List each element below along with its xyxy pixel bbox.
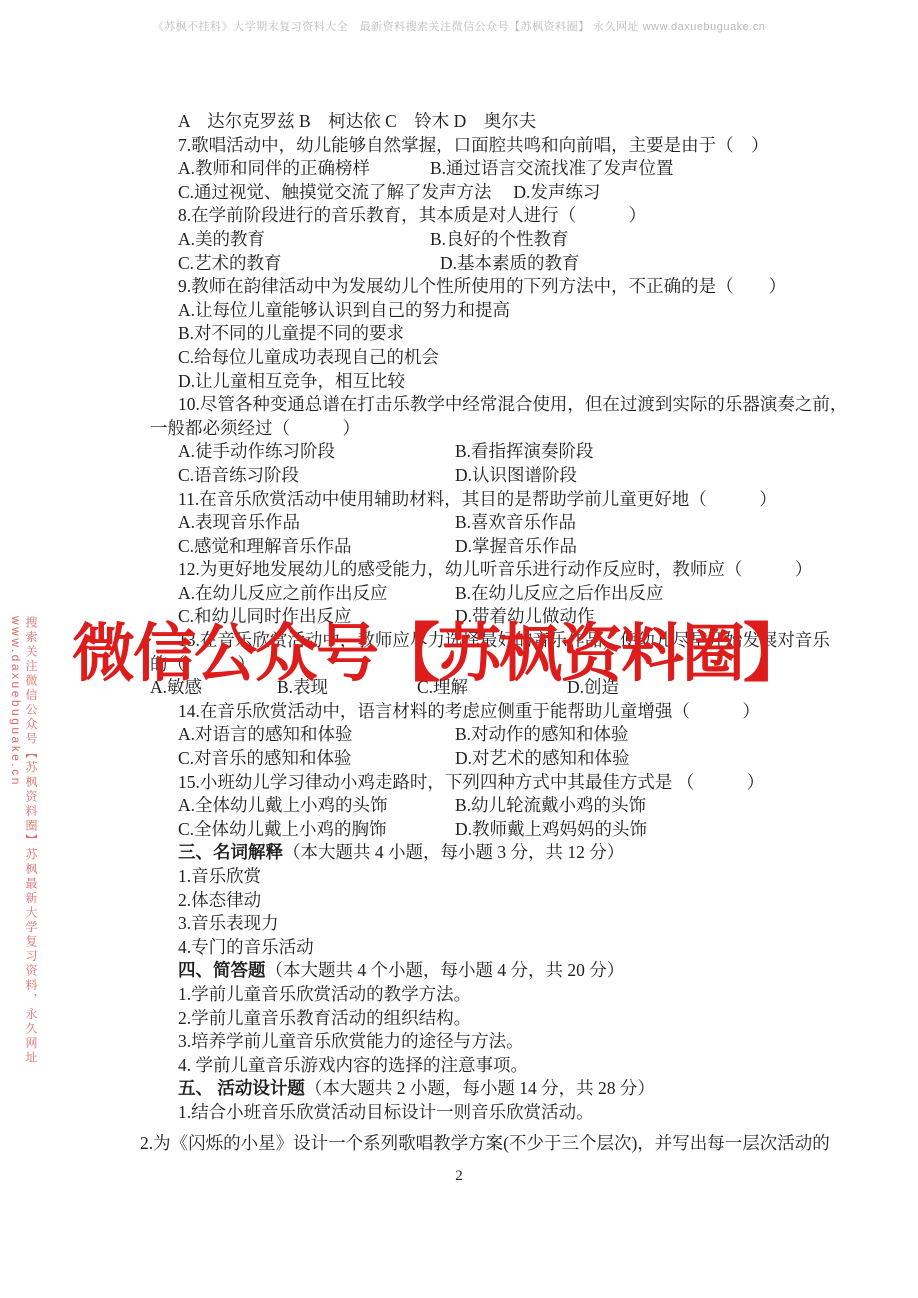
- option-item: A.敏感: [150, 676, 277, 700]
- option-right: D.基本素质的教育: [440, 252, 580, 276]
- exam-text-line: 2.体态律动: [150, 889, 818, 913]
- option-pair-line: A.全体幼儿戴上小鸡的头饰B.幼儿轮流戴小鸡的头饰: [150, 794, 818, 818]
- exam-text-line: 1.音乐欣赏: [150, 865, 818, 889]
- option-pair-line: A.表现音乐作品B.喜欢音乐作品: [150, 511, 818, 535]
- option-pair-line: C.全体幼儿戴上小鸡的胸饰D.教师戴上鸡妈妈的头饰: [150, 818, 818, 842]
- section-heading-line: 五、 活动设计题（本大题共 2 小题，每小题 14 分，共 28 分）: [150, 1077, 818, 1101]
- option-left: C.和幼儿同时作出反应: [178, 605, 455, 629]
- option-pair-line: A.徒手动作练习阶段B.看指挥演奏阶段: [150, 440, 818, 464]
- exam-text-line: 14.在音乐欣赏活动中，语言材料的考虑应侧重于能帮助儿童增强（ ）: [150, 700, 818, 724]
- exam-text-line: 4.专门的音乐活动: [150, 936, 818, 960]
- option-left: C.感觉和理解音乐作品: [178, 535, 455, 559]
- page-number: 2: [0, 1168, 918, 1185]
- section-meta: （本大题共 2 小题，每小题 14 分，共 28 分）: [305, 1078, 655, 1098]
- option-pair-line: C.感觉和理解音乐作品D.掌握音乐作品: [150, 535, 818, 559]
- exam-text-line: 11.在音乐欣赏活动中使用辅助材料，其目的是帮助学前儿童更好地（ ）: [150, 488, 818, 512]
- exam-text-line: 2.学前儿童音乐教育活动的组织结构。: [150, 1007, 818, 1031]
- exam-text-line: 一般都必须经过（ ）: [150, 417, 818, 441]
- exam-text-line: B.对不同的儿童提不同的要求: [150, 322, 818, 346]
- option-left: A.对语言的感知和体验: [178, 723, 455, 747]
- option-left: A.徒手动作练习阶段: [178, 440, 455, 464]
- section-meta: （本大题共 4 个小题，每小题 4 分，共 20 分）: [266, 960, 625, 980]
- option-right: D.教师戴上鸡妈妈的头饰: [455, 818, 647, 842]
- section-title: 五、 活动设计题: [178, 1078, 305, 1098]
- option-right: B.在幼儿反应之后作出反应: [455, 582, 664, 606]
- option-pair-line: A.美的教育B.良好的个性教育: [150, 228, 818, 252]
- option-item: C.理解: [417, 676, 567, 700]
- exam-text-line: 8.在学前阶段进行的音乐教育，其本质是对人进行（ ）: [150, 204, 818, 228]
- exam-text-line: C.通过视觉、触摸觉交流了解了发声方法 D.发声练习: [150, 181, 818, 205]
- exam-text-line: 7.歌唱活动中，幼儿能够自然掌握，口面腔共鸣和向前唱，主要是由于（ ）: [150, 134, 818, 158]
- option-row-line: A.敏感B.表现C.理解D.创造: [150, 676, 818, 700]
- option-left: A.美的教育: [178, 228, 430, 252]
- option-right: B.对动作的感知和体验: [455, 723, 629, 747]
- section-heading-line: 三、名词解释（本大题共 4 小题，每小题 3 分，共 12 分）: [150, 841, 818, 865]
- document-page: 《苏枫不挂科》大学期末复习资料大全 最新资料搜索关注微信公众号【苏枫资料圈】 永…: [0, 0, 918, 1298]
- option-right: B.喜欢音乐作品: [455, 511, 576, 535]
- exam-text-line: 10.尽管各种变通总谱在打击乐教学中经常混合使用，但在过渡到实际的乐器演奏之前，: [150, 393, 818, 417]
- option-left: A.教师和同伴的正确榜样: [178, 157, 430, 181]
- option-item: B.表现: [277, 676, 417, 700]
- exam-text-line: 9.教师在韵律活动中为发展幼儿个性所使用的下列方法中，不正确的是（ ）: [150, 275, 818, 299]
- exam-text-line: 的（ ）: [150, 653, 818, 677]
- side-watermark: 搜索关注微信公众号【苏枫资料圈】苏枫最新大学复习资料，永久网址www.daxue…: [9, 616, 40, 1084]
- option-left: A.全体幼儿戴上小鸡的头饰: [178, 794, 455, 818]
- section-heading-line: 四、简答题（本大题共 4 个小题，每小题 4 分，共 20 分）: [150, 959, 818, 983]
- option-right: D.掌握音乐作品: [455, 535, 577, 559]
- option-pair-line: C.语音练习阶段D.认识图谱阶段: [150, 464, 818, 488]
- option-pair-line: A.在幼儿反应之前作出反应B.在幼儿反应之后作出反应: [150, 582, 818, 606]
- exam-text-line: A 达尔克罗兹 B 柯达依 C 铃木 D 奥尔夫: [150, 110, 818, 134]
- option-right: B.幼儿轮流戴小鸡的头饰: [455, 794, 646, 818]
- option-left: C.全体幼儿戴上小鸡的胸饰: [178, 818, 455, 842]
- exam-text-line: 4. 学前儿童音乐游戏内容的选择的注意事项。: [150, 1054, 818, 1078]
- option-item: D.创造: [567, 676, 619, 700]
- option-right: B.良好的个性教育: [430, 228, 569, 252]
- exam-text-line: 13.在音乐欣赏活动中，教师应尽力选择最好的音乐作品，使幼儿尽早开始发展对音乐: [150, 629, 818, 653]
- option-pair-line: C.对音乐的感知和体验D.对艺术的感知和体验: [150, 747, 818, 771]
- exam-text-line: A.让每位儿童能够认识到自己的努力和提高: [150, 299, 818, 323]
- option-right: D.认识图谱阶段: [455, 464, 577, 488]
- header-note: 《苏枫不挂科》大学期末复习资料大全 最新资料搜索关注微信公众号【苏枫资料圈】 永…: [0, 18, 918, 34]
- option-left: A.表现音乐作品: [178, 511, 455, 535]
- option-left: C.艺术的教育: [178, 252, 440, 276]
- option-right: B.看指挥演奏阶段: [455, 440, 594, 464]
- exam-text-line: 1.学前儿童音乐欣赏活动的教学方法。: [150, 983, 818, 1007]
- option-right: B.通过语言交流找准了发声位置: [430, 157, 674, 181]
- exam-text-line: 12.为更好地发展幼儿的感受能力，幼儿听音乐进行动作反应时，教师应（ ）: [150, 558, 818, 582]
- option-left: A.在幼儿反应之前作出反应: [178, 582, 455, 606]
- option-pair-line: A.教师和同伴的正确榜样B.通过语言交流找准了发声位置: [150, 157, 818, 181]
- exam-text-line: D.让儿童相互竞争，相互比较: [150, 370, 818, 394]
- exam-text-line: 3.培养学前儿童音乐欣赏能力的途径与方法。: [150, 1030, 818, 1054]
- option-left: C.对音乐的感知和体验: [178, 747, 455, 771]
- option-pair-line: A.对语言的感知和体验B.对动作的感知和体验: [150, 723, 818, 747]
- exam-text-line: C.给每位儿童成功表现自己的机会: [150, 346, 818, 370]
- section-meta: （本大题共 4 小题，每小题 3 分，共 12 分）: [283, 842, 624, 862]
- exam-text-line: 3.音乐表现力: [150, 912, 818, 936]
- exam-body: A 达尔克罗兹 B 柯达依 C 铃木 D 奥尔夫7.歌唱活动中，幼儿能够自然掌握…: [150, 110, 818, 1155]
- exam-text-line: 15.小班幼儿学习律动小鸡走路时，下列四种方式中其最佳方式是 （ ）: [150, 771, 818, 795]
- option-left: C.语音练习阶段: [178, 464, 455, 488]
- exam-text-line: 2.为《闪烁的小星》设计一个系列歌唱教学方案(不少于三个层次)，并写出每一层次活…: [140, 1132, 818, 1156]
- section-title: 四、简答题: [178, 960, 266, 980]
- option-pair-line: C.和幼儿同时作出反应D.带着幼儿做动作: [150, 605, 818, 629]
- section-title: 三、名词解释: [178, 842, 283, 862]
- option-right: D.带着幼儿做动作: [455, 605, 595, 629]
- option-pair-line: C.艺术的教育D.基本素质的教育: [150, 252, 818, 276]
- exam-text-line: 1.结合小班音乐欣赏活动目标设计一则音乐欣赏活动。: [150, 1101, 818, 1125]
- option-right: D.对艺术的感知和体验: [455, 747, 630, 771]
